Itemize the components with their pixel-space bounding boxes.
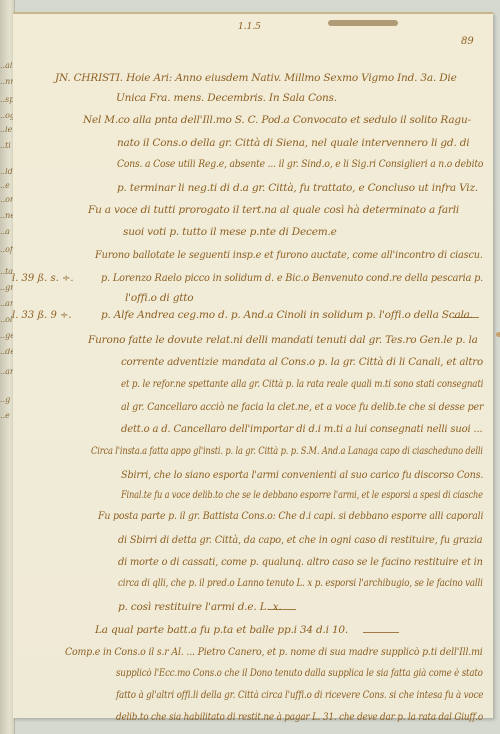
facing-page-fragment: ..le: [0, 126, 14, 134]
text-line: al gr. Cancellaro acciò ne facia la clet…: [121, 401, 483, 413]
text-line: et p. le refor.ne spettante alla gr. Cit…: [121, 379, 483, 391]
text-line: p. Lorenzo Raelo picco in solidum d. e B…: [101, 272, 483, 284]
text-line: Cons. a Cose utili Reg.e, absente ... il…: [117, 159, 483, 171]
text-line: Comp.e in Cons.o il s.r Al. ... Pietro C…: [65, 647, 483, 659]
line-end-rule: [453, 317, 479, 318]
facing-page-fragment: ..sp.: [0, 96, 14, 104]
facing-page-fragment: ..ge: [0, 332, 14, 340]
text-line: circa di qlli, che p. il pred.o Lanno te…: [118, 578, 483, 590]
facing-page-fragment: ..an: [0, 300, 14, 308]
text-line: l'offi.o di gtto: [125, 292, 193, 304]
text-line: JN. CHRISTI. Hoie Ari: Anno eiusdem Nati…: [55, 72, 457, 84]
facing-page-fragment: ..of: [0, 246, 14, 254]
ink-spot: [496, 332, 500, 337]
margin-note: l. 33 ß. 9 ÷.: [12, 310, 72, 321]
text-line: Fu posta parte p. il gr. Battista Cons.o…: [98, 511, 483, 523]
text-line: p. così restituire l'armi d.e. L. x.: [118, 601, 282, 613]
manuscript-page: 1.1.5 89 JN. CHRISTI. Hoie Ari: Anno eiu…: [13, 12, 493, 718]
text-line: di Sbirri di detta gr. Città, da capo, e…: [118, 534, 482, 546]
text-line: Furono ballotate le seguenti insp.e et f…: [95, 249, 483, 261]
line-end-rule: [363, 632, 399, 633]
text-line: suoi voti p. tutto il mese p.nte di Dece…: [123, 226, 337, 238]
facing-page-fragment: ..e: [0, 412, 14, 420]
text-line: Circa l'insta.a fatta appo gl'insti. p. …: [91, 446, 483, 458]
facing-page-fragment: ..lde: [0, 168, 14, 176]
facing-page-fragment: ..de: [0, 348, 14, 356]
text-line: di morte o di cassati, come p. qualunq. …: [118, 556, 483, 568]
facing-page-fragment: ..om: [0, 196, 14, 204]
facing-page-fragment: ..g: [0, 396, 14, 404]
facing-page-fragment: ..a: [0, 228, 14, 236]
text-line: supplicò l'Ecc.mo Cons.o che il Dono ten…: [116, 668, 483, 680]
text-line: Fu a voce di tutti prorogato il tert.na …: [88, 204, 459, 216]
header-mark: 1.1.5: [238, 22, 261, 32]
text-line: p. terminar li neg.ti di d.a gr. Città, …: [117, 182, 478, 194]
folio-number: 89: [461, 36, 474, 47]
text-line: delib.to che sia habilitato di restit.ne…: [116, 712, 483, 724]
paper-stain: [328, 20, 398, 26]
margin-note: l. 39 ß. s. ÷.: [12, 273, 74, 284]
text-line: dett.o a d. Cancellaro dell'importar di …: [121, 423, 482, 435]
text-line: Furono fatte le dovute relat.ni delli ma…: [88, 334, 478, 346]
text-line: p. Alfe Andrea ceg.mo d. p. And.a Cinoli…: [101, 309, 473, 321]
facing-page-fragment: ..ti: [0, 142, 14, 150]
facing-page-fragment: ..ne: [0, 212, 14, 220]
text-line: nato il Cons.o della gr. Città di Siena,…: [117, 137, 469, 149]
text-line: Nel M.co alla pnta dell'Ill.mo S. C. Pod…: [83, 114, 471, 126]
line-end-rule: [268, 609, 296, 610]
facing-page-fragment: ..gn: [0, 284, 14, 292]
facing-page-fragment: ..nn: [0, 78, 14, 86]
text-line: fatto à gl'altri offi.li della gr. Città…: [116, 690, 483, 702]
text-line: corrente adventizie mandata al Cons.o p.…: [121, 356, 483, 368]
text-line: Final.te fu a voce delib.to che se le de…: [121, 490, 483, 502]
text-line: Sbirri, che lo siano esporta l'armi conv…: [121, 469, 483, 481]
facing-page-fragment: ..e: [0, 182, 14, 190]
text-line: La qual parte batt.a fu p.ta et balle pp…: [95, 624, 348, 636]
facing-page-fragment: ..an: [0, 368, 14, 376]
facing-page-fragment: ..al: [0, 62, 14, 70]
facing-page-fragment: ..og: [0, 112, 14, 120]
text-line: Unica Fra. mens. Decembris. In Sala Cons…: [116, 92, 337, 104]
